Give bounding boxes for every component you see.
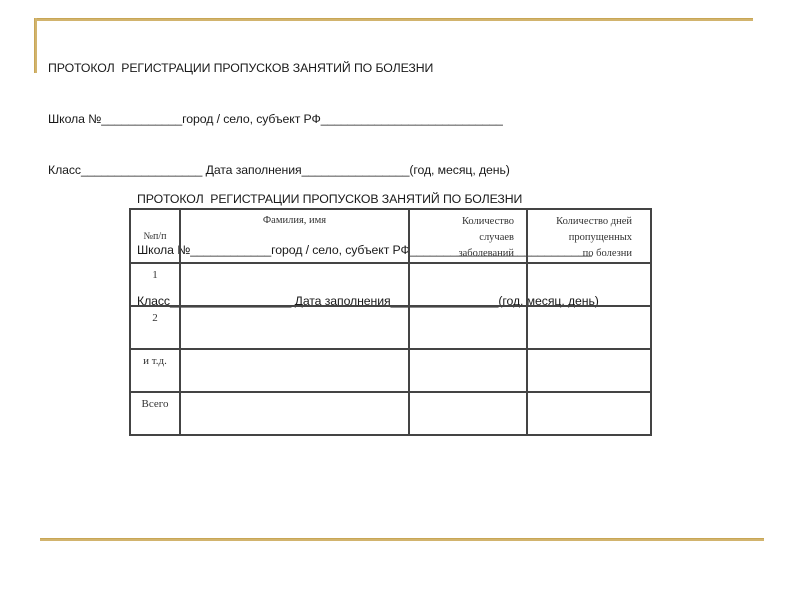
col-header-label: по болезни — [528, 246, 632, 262]
row-number-cell: Всего — [130, 392, 180, 435]
form-title: ПРОТОКОЛ РЕГИСТРАЦИИ ПРОПУСКОВ ЗАНЯТИЙ П… — [137, 191, 599, 208]
col-header-days: Количество днейпропущенныхпо болезни — [527, 209, 651, 263]
days-cell[interactable] — [527, 392, 651, 435]
col-header-label: заболеваний — [410, 246, 514, 262]
col-header-label: №п/п — [131, 231, 179, 242]
cases-cell[interactable] — [409, 392, 527, 435]
school-line: Школа №____________город / село, субъект… — [48, 111, 510, 128]
left-accent-line — [34, 18, 37, 73]
bottom-accent-line — [40, 538, 764, 541]
sick-leave-table: №п/п Фамилия, имя Количествослучаевзабол… — [129, 208, 652, 436]
col-header-number: №п/п — [130, 209, 180, 263]
table-header-row: №п/п Фамилия, имя Количествослучаевзабол… — [130, 209, 651, 263]
cases-cell[interactable] — [409, 349, 527, 392]
name-cell[interactable] — [180, 263, 409, 306]
days-cell[interactable] — [527, 263, 651, 306]
col-header-label: Количество дней — [528, 214, 632, 230]
table-row: 2 — [130, 306, 651, 349]
col-header-label: пропущенных — [528, 230, 632, 246]
row-number-cell: 2 — [130, 306, 180, 349]
col-header-name: Фамилия, имя — [180, 209, 409, 263]
table-row: Всего — [130, 392, 651, 435]
col-header-cases: Количествослучаевзаболеваний — [409, 209, 527, 263]
days-cell[interactable] — [527, 306, 651, 349]
top-accent-line — [35, 18, 753, 21]
row-number-cell: и т.д. — [130, 349, 180, 392]
col-header-label: случаев — [410, 230, 514, 246]
table-row: и т.д. — [130, 349, 651, 392]
col-header-label: Фамилия, имя — [181, 215, 408, 226]
col-header-label: Количество — [410, 214, 514, 230]
name-cell[interactable] — [180, 306, 409, 349]
table-row: 1 — [130, 263, 651, 306]
row-number-cell: 1 — [130, 263, 180, 306]
cases-cell[interactable] — [409, 306, 527, 349]
protocol-title: ПРОТОКОЛ РЕГИСТРАЦИИ ПРОПУСКОВ ЗАНЯТИЙ П… — [48, 60, 510, 77]
name-cell[interactable] — [180, 349, 409, 392]
cases-cell[interactable] — [409, 263, 527, 306]
name-cell[interactable] — [180, 392, 409, 435]
days-cell[interactable] — [527, 349, 651, 392]
